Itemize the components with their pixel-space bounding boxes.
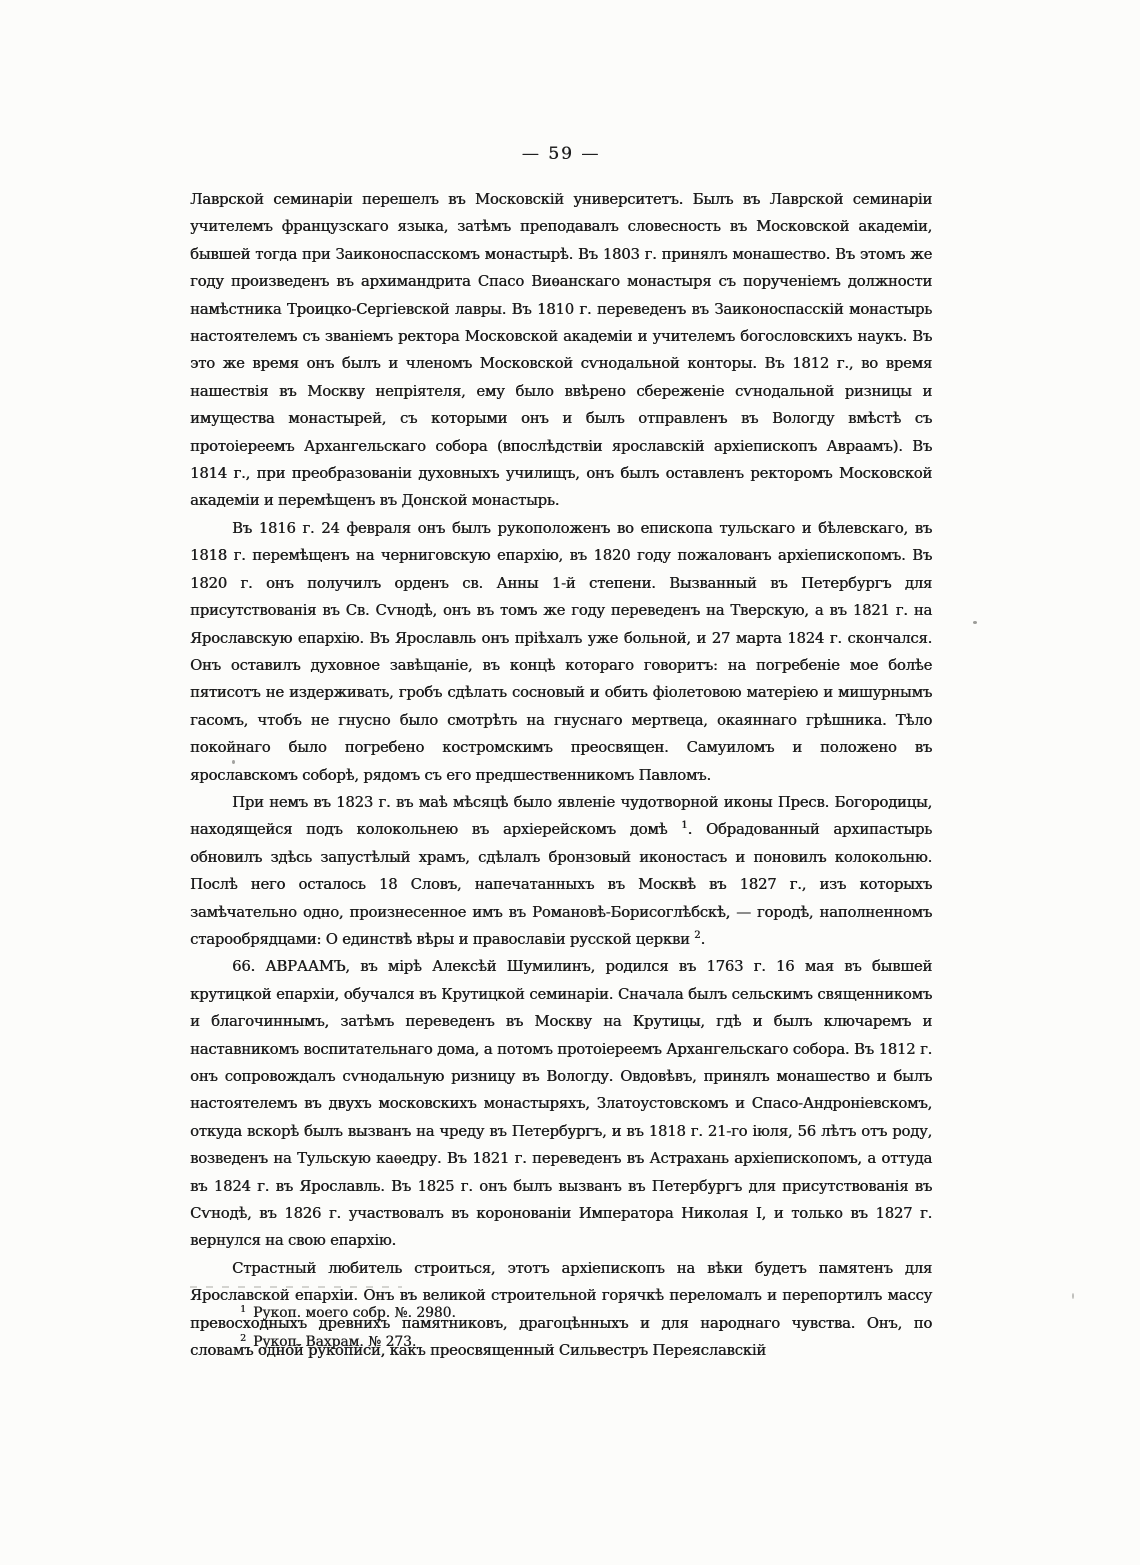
paragraph-text: . Обрадованный архипастырь обновилъ здѣс…	[190, 821, 932, 948]
paragraph: Въ 1816 г. 24 февраля онъ былъ рукополож…	[190, 515, 932, 789]
scan-speck	[232, 760, 235, 764]
footnote: 2Рукоп. Вахрам. № 273.	[240, 1326, 890, 1355]
paragraph: При немъ въ 1823 г. въ маѣ мѣсяцѣ было я…	[190, 789, 932, 953]
footnote-text: Рукоп. моего собр. №. 2980.	[253, 1305, 456, 1321]
paragraph-text: 66. АВРААМЪ, въ мірѣ Алексѣй Шумилинъ, р…	[190, 958, 932, 1249]
paragraph-text: Въ 1816 г. 24 февраля онъ былъ рукополож…	[190, 520, 932, 784]
footnote-marker: 1	[240, 1304, 246, 1315]
scan-speck	[973, 621, 977, 624]
paragraph-text: .	[701, 931, 706, 948]
paragraph-text: Лаврской семинаріи перешелъ въ Московскі…	[190, 191, 932, 509]
page-number: — 59 —	[190, 144, 932, 164]
scan-speck	[1072, 1293, 1074, 1299]
footnote-separator	[190, 1286, 402, 1288]
footnote: 1Рукоп. моего собр. №. 2980.	[240, 1297, 890, 1326]
footnote-marker: 2	[240, 1333, 246, 1344]
text-block: Лаврской семинаріи перешелъ въ Московскі…	[190, 186, 932, 1364]
paragraph: 66. АВРААМЪ, въ мірѣ Алексѣй Шумилинъ, р…	[190, 953, 932, 1254]
paragraph: Лаврской семинаріи перешелъ въ Московскі…	[190, 186, 932, 515]
footnotes: 1Рукоп. моего собр. №. 2980. 2Рукоп. Вах…	[240, 1297, 890, 1355]
book-page: — 59 — Лаврской семинаріи перешелъ въ Мо…	[0, 0, 1140, 1565]
footnote-text: Рукоп. Вахрам. № 273.	[253, 1334, 416, 1350]
